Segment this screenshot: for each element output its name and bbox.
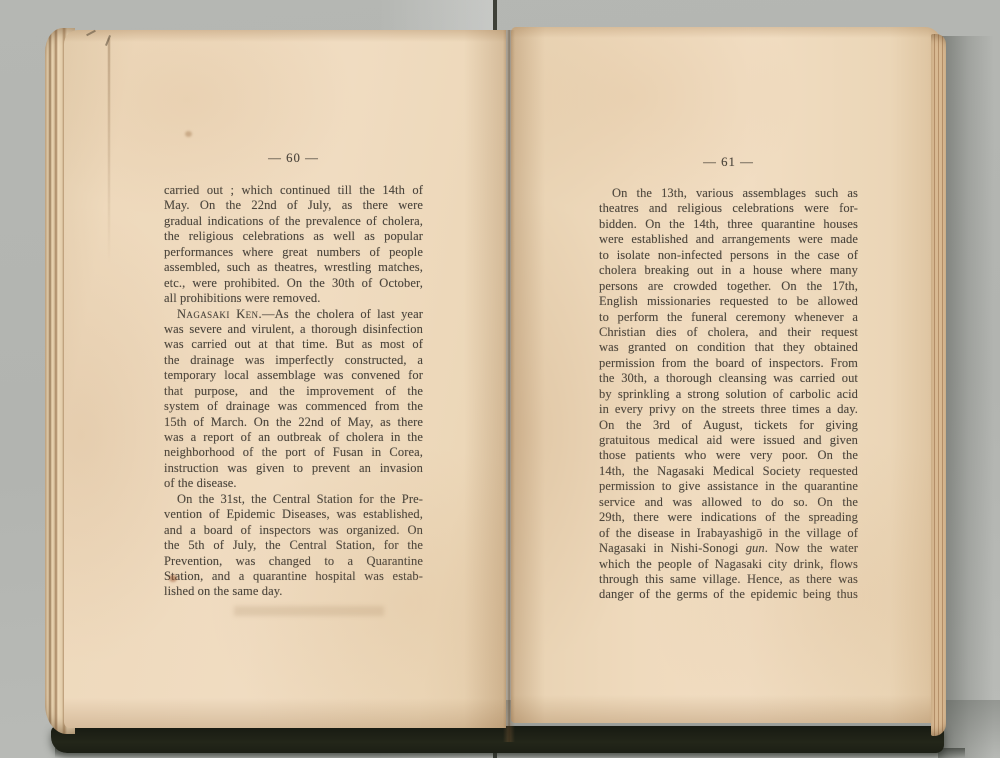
text-line: through this same village. Hence, as the… bbox=[599, 572, 858, 587]
foxing-spot bbox=[185, 131, 192, 137]
text-line: service and was allowed to do so. On the bbox=[599, 495, 858, 510]
text-line: neighborhood of the port of Fusan in Cor… bbox=[164, 445, 423, 460]
book-cover-edge bbox=[51, 726, 944, 753]
text-line: On the 3rd of August, tickets for giving bbox=[599, 418, 858, 433]
text-line: performances where great numbers of peop… bbox=[164, 245, 423, 260]
text-line: those patients who were very poor. On th… bbox=[599, 448, 858, 463]
text-line: Nagasaki Ken.—As the cholera of last yea… bbox=[164, 307, 423, 322]
book-shadow-right bbox=[938, 36, 994, 758]
text-line: 15th of March. On the 22nd of May, as th… bbox=[164, 415, 423, 430]
text-line: was carried out at that time. But as mos… bbox=[164, 337, 423, 352]
text-line: bidden. On the 14th, three quarantine ho… bbox=[599, 217, 858, 232]
show-through-smudge bbox=[234, 606, 384, 616]
italic-word: gun bbox=[746, 541, 765, 555]
page-header-61: — 61 — bbox=[599, 155, 858, 170]
text-line: all prohibitions were removed. bbox=[164, 291, 423, 306]
text-line: system of drainage was commenced from th… bbox=[164, 399, 423, 414]
text-line: 14th, the Nagasaki Medical Society reque… bbox=[599, 464, 858, 479]
text-line: the 5th of July, the Central Station, fo… bbox=[164, 538, 423, 553]
text-line: theatres and religious celebrations were… bbox=[599, 201, 858, 216]
left-page: — 60 — carried out ; which continued til… bbox=[64, 30, 506, 728]
text-line: permission from the board of inspectors.… bbox=[599, 356, 858, 371]
text-line: May. On the 22nd of July, as there were bbox=[164, 198, 423, 213]
photo-of-open-book: — 60 — carried out ; which continued til… bbox=[0, 0, 1000, 758]
text-line: Nagasaki in Nishi-Sonogi gun. Now the wa… bbox=[599, 541, 858, 556]
text-line: that purpose, and the improvement of the bbox=[164, 384, 423, 399]
text-line: was a report of an outbreak of cholera i… bbox=[164, 430, 423, 445]
text-line: permission to give assistance in the qua… bbox=[599, 479, 858, 494]
text-line: in every privy on the streets three time… bbox=[599, 402, 858, 417]
text-block-right: On the 13th, various assemblages such as… bbox=[599, 186, 858, 603]
text-line: etc., were prohibited. On the 30th of Oc… bbox=[164, 276, 423, 291]
text-line: On the 31st, the Central Station for the… bbox=[164, 492, 423, 507]
text-line: gratuitous medical aid were issued and g… bbox=[599, 433, 858, 448]
text-line: to isolate non-infected persons in the c… bbox=[599, 248, 858, 263]
text-line: of the disease. bbox=[164, 476, 423, 491]
text-line: was severe and virulent, a thorough disi… bbox=[164, 322, 423, 337]
text-line: lished on the same day. bbox=[164, 584, 423, 599]
text-line: were established and arrangements were m… bbox=[599, 232, 858, 247]
gutter-crease bbox=[503, 30, 515, 742]
text-line: the religious celebrations as well as po… bbox=[164, 229, 423, 244]
text-block-left: carried out ; which continued till the 1… bbox=[164, 183, 423, 600]
text-line: persons are crowded together. On the 17t… bbox=[599, 279, 858, 294]
text-line: instruction was given to prevent an inva… bbox=[164, 461, 423, 476]
text-line: cholera breaking out in a house where ma… bbox=[599, 263, 858, 278]
small-caps-lead: Nagasaki Ken. bbox=[177, 307, 262, 321]
text-line: by sprinkling a strong solution of carbo… bbox=[599, 387, 858, 402]
text-line: Station, and a quarantine hospital was e… bbox=[164, 569, 423, 584]
text-line: Prevention, was changed to a Quarantine bbox=[164, 554, 423, 569]
text-line: carried out ; which continued till the 1… bbox=[164, 183, 423, 198]
text-line: and a board of inspectors was organized.… bbox=[164, 523, 423, 538]
text-line: danger of the germs of the epidemic bein… bbox=[599, 587, 858, 602]
page-crease bbox=[108, 38, 110, 263]
text-line: to perform the funeral ceremony whenever… bbox=[599, 310, 858, 325]
right-page: — 61 — On the 13th, various assemblages … bbox=[511, 27, 941, 723]
text-line: 29th, there were indications of the spre… bbox=[599, 510, 858, 525]
text-line: gradual indications of the prevalence of… bbox=[164, 214, 423, 229]
text-line: temporary local assemblage was convened … bbox=[164, 368, 423, 383]
text-line: assembled, such as theatres, wrestling m… bbox=[164, 260, 423, 275]
fore-edge bbox=[931, 34, 946, 736]
text-line: the 30th, a thorough cleansing was carri… bbox=[599, 371, 858, 386]
text-line: Christian dies of cholera, and their req… bbox=[599, 325, 858, 340]
text-line: of the disease in Irabayashigō in the vi… bbox=[599, 526, 858, 541]
pencil-mark bbox=[86, 30, 96, 36]
text-line: On the 13th, various assemblages such as bbox=[599, 186, 858, 201]
page-header-60: — 60 — bbox=[164, 151, 423, 166]
text-line: which the people of Nagasaki city drink,… bbox=[599, 557, 858, 572]
text-line: vention of Epidemic Diseases, was establ… bbox=[164, 507, 423, 522]
text-line: the drainage was imperfectly constructed… bbox=[164, 353, 423, 368]
text-line: English missionaries requested to be all… bbox=[599, 294, 858, 309]
text-line: was granted on condition that they obtai… bbox=[599, 340, 858, 355]
book: — 60 — carried out ; which continued til… bbox=[45, 25, 946, 752]
